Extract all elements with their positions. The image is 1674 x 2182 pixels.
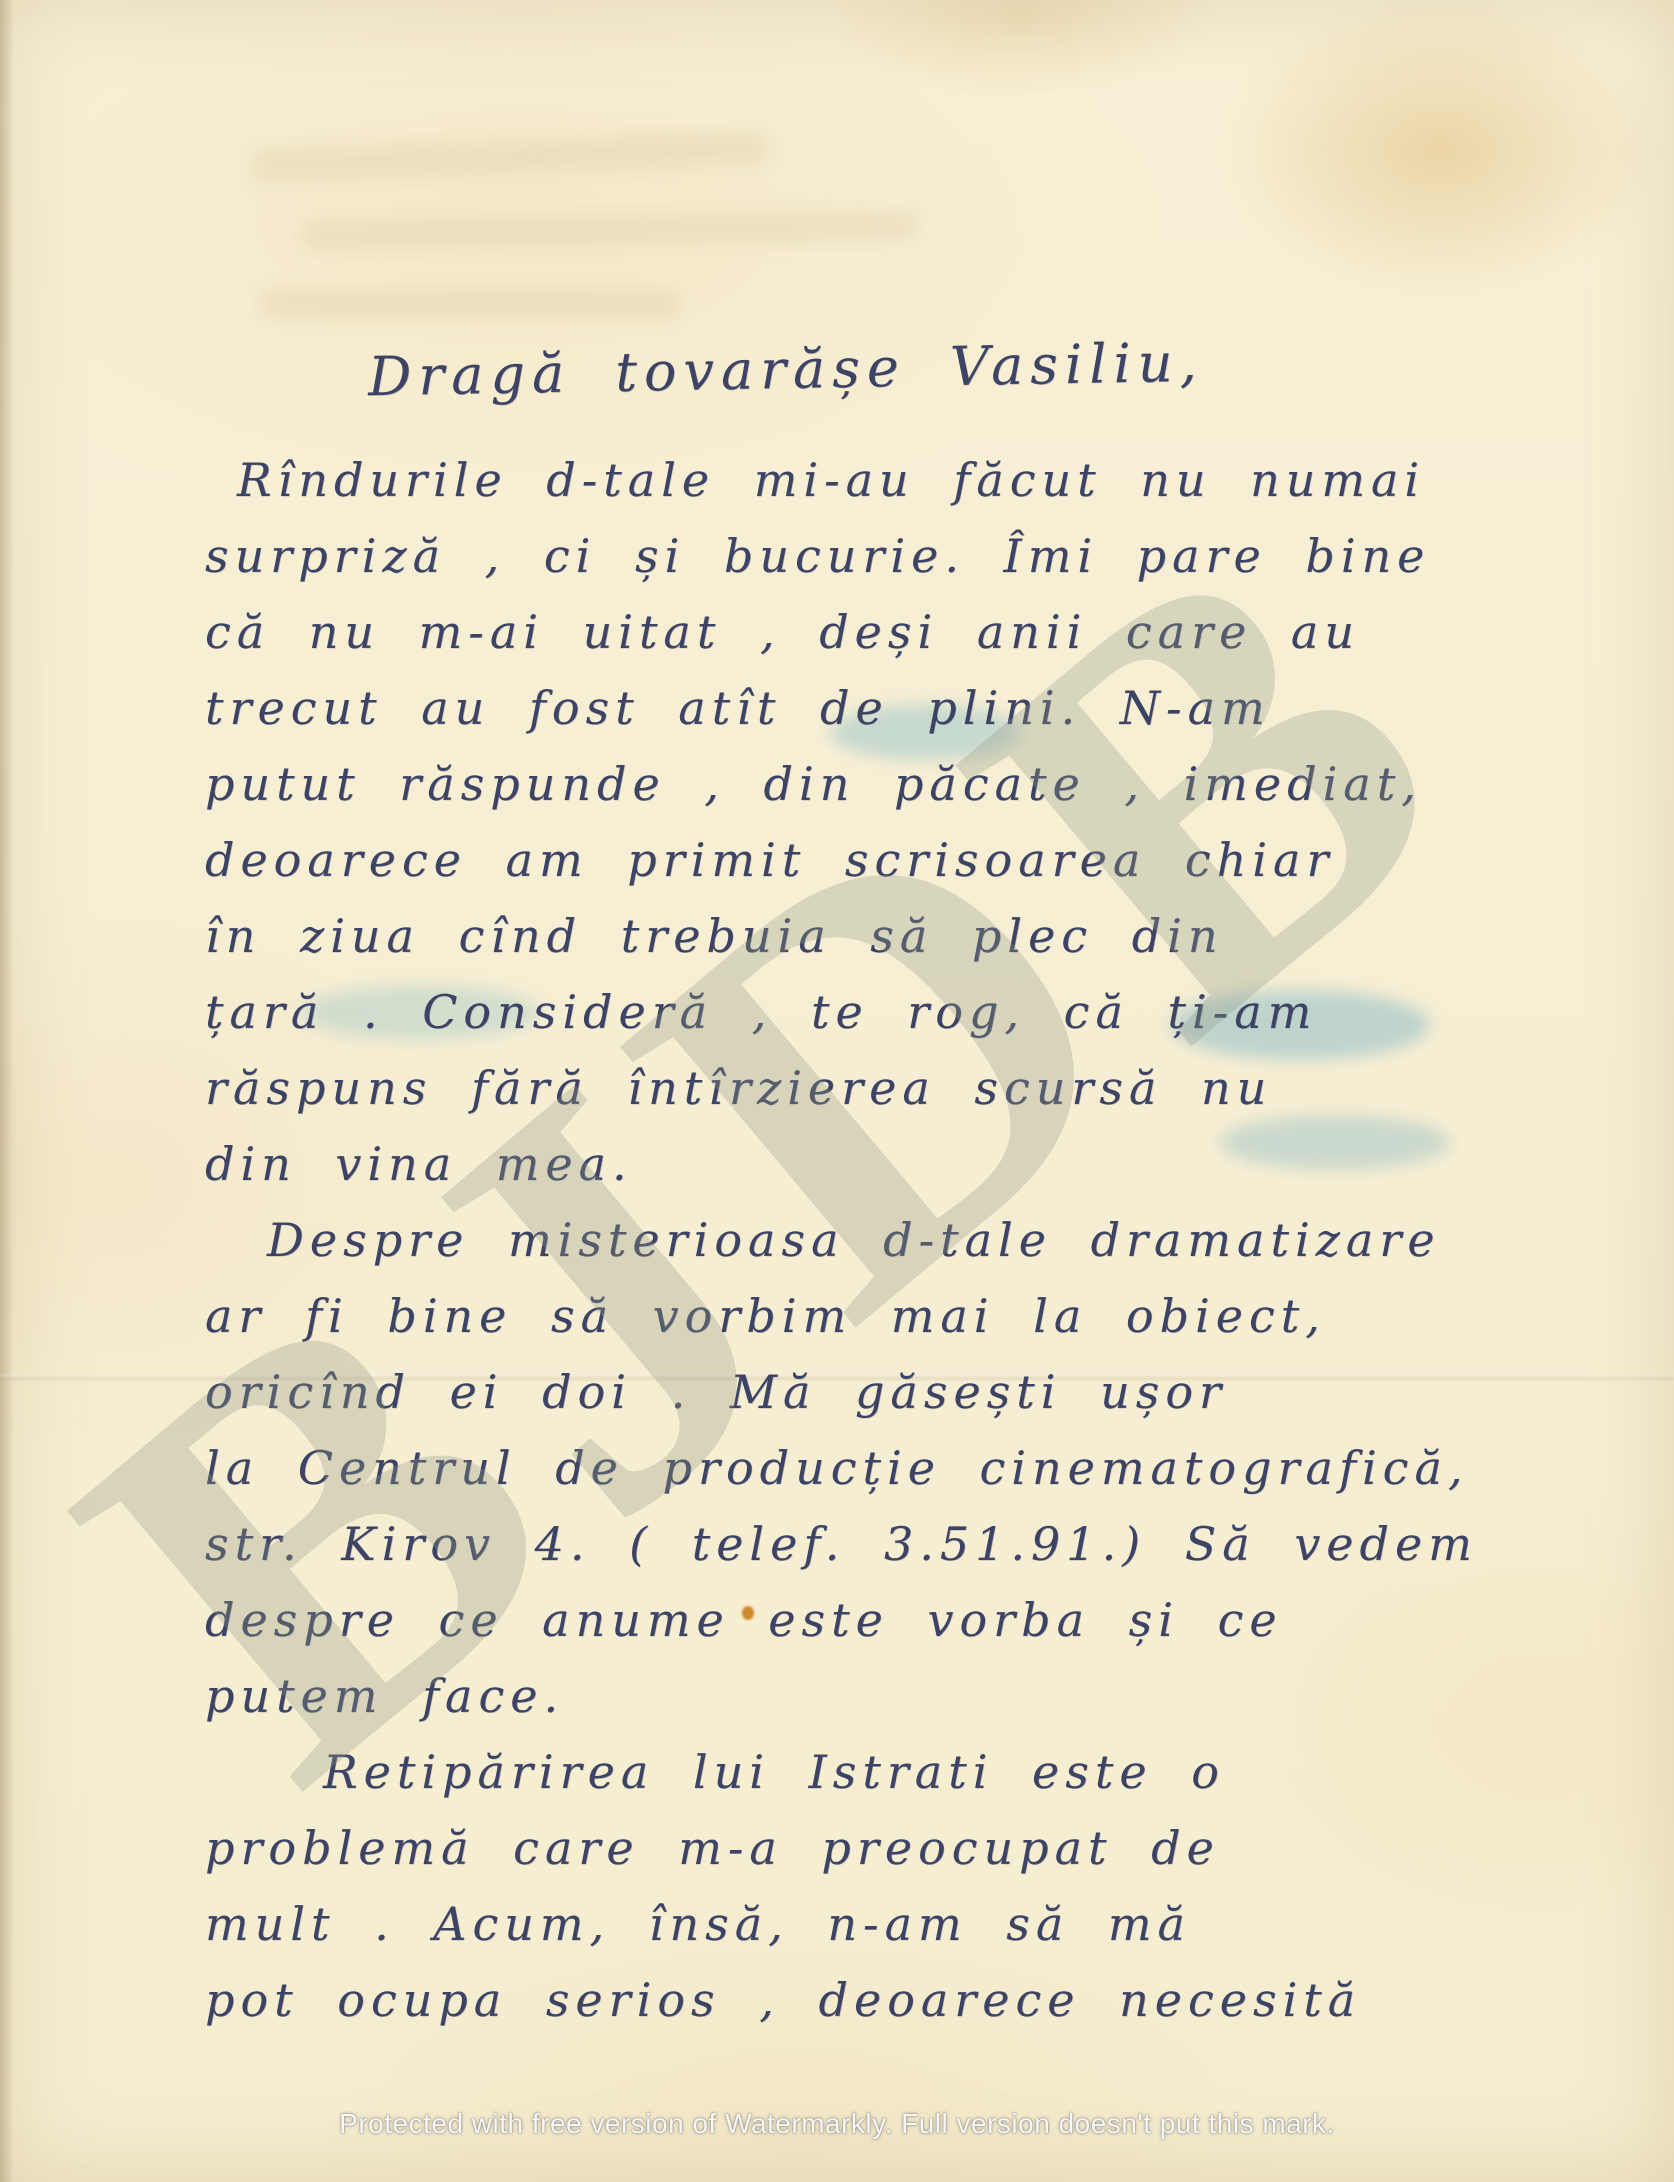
letter-line: Retipărirea lui Istrati este o [205,1734,1584,1810]
letter-line: oricînd ei doi . Mă găsești ușor [205,1354,1584,1430]
letter-line: putem face. [205,1658,1584,1734]
footer-watermark-text: Protected with free version of Watermark… [0,2108,1674,2140]
letter-line: la Centrul de producție cinematografică, [205,1430,1584,1506]
letter-line: în ziua cînd trebuia să plec din [205,898,1584,974]
paper-edge-shadow [0,0,14,2182]
letter-line: despre ce anume este vorba și ce [205,1582,1584,1658]
letter-line: țară . Consideră , te rog, că ți-am [205,974,1584,1050]
letter-line: deoarece am primit scrisoarea chiar [205,822,1584,898]
letter-line: trecut au fost atît de plini. N-am [205,670,1584,746]
letter-line: ar fi bine să vorbim mai la obiect, [205,1278,1584,1354]
letter-page: Dragă tovarășe Vasiliu, Rîndurile d-tale… [0,0,1674,2182]
letter-line: surpriză , ci și bucurie. Îmi pare bine [205,518,1584,594]
letter-line: Despre misterioasa d-tale dramatizare [205,1202,1584,1278]
letter-line: mult . Acum, însă, n-am să mă [205,1886,1584,1962]
letter-line: că nu m-ai uitat , deși anii care au [205,594,1584,670]
letter-line: răspuns fără întîrzierea scursă nu [205,1050,1584,1126]
letter-line: str. Kirov 4. ( telef. 3.51.91.) Să vede… [205,1506,1584,1582]
ink-showthrough [250,131,771,183]
letter-line: din vina mea. [205,1126,1584,1202]
letter-body: Rîndurile d-tale mi-au făcut nu numai su… [205,442,1584,2038]
letter-line: problemă care m-a preocupat de [205,1810,1584,1886]
letter-line: Rîndurile d-tale mi-au făcut nu numai [205,442,1584,518]
ink-showthrough [300,210,920,251]
salutation: Dragă tovarășe Vasiliu, [368,331,1205,409]
letter-line: putut răspunde , din păcate , imediat, [205,746,1584,822]
letter-line: pot ocupa serios , deoarece necesită [205,1962,1584,2038]
ink-showthrough [260,290,680,318]
